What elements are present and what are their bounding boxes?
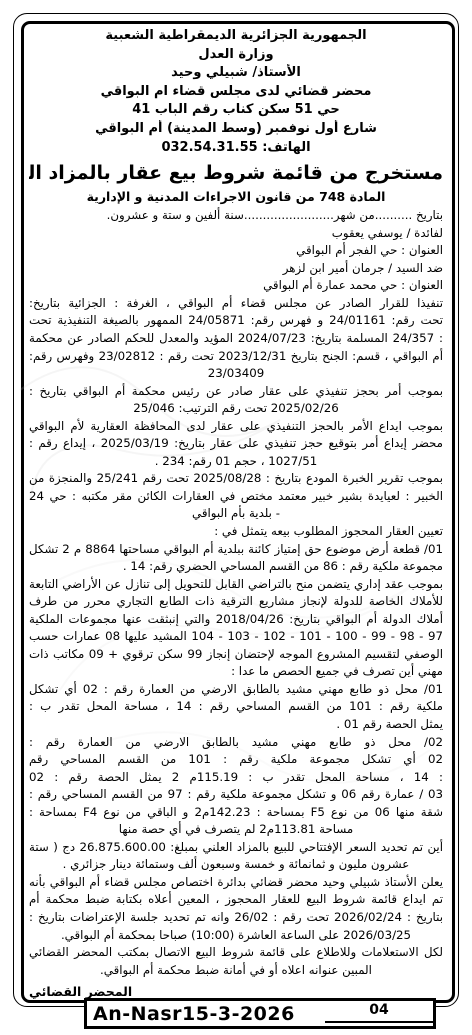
legal-notice-document: الجمهورية الجزائرية الديمقراطية الشعبيةو… — [29, 27, 443, 991]
doc-line: الخبير : لعيايدة بشير خبير معتمد مختص في… — [29, 488, 443, 506]
doc-line: تحت رقم: 24/01161 و فهرس رقم: 24/05871 ا… — [29, 312, 443, 330]
doc-line: يمثل الحصة رقم 01 . — [29, 716, 443, 734]
doc-line: مساحة 113.81م2 لم يتصرف في أي حصة منها — [29, 821, 443, 839]
doc-line: تنفيذا للقرار الصادر عن مجلس قضاء أم الب… — [29, 295, 443, 313]
doc-line: عشرون مليون و ثمانمائة و خمسة وسبعون ألف… — [29, 856, 443, 874]
doc-line: للأملاك الخاصة للدولة لإنجاز مشاريع التر… — [29, 593, 443, 611]
doc-line: 1027/51 ، حجم 01 رقم: 234 . — [29, 453, 443, 471]
notice-title: مستخرج من قائمة شروط بيع عقار بالمزاد ال… — [29, 160, 443, 187]
doc-line: 01/ قطعة أرض موضوع حق إمتياز كائنة ببلدي… — [29, 541, 443, 559]
notice-body: بتاريخ ..........من شهر.................… — [29, 207, 443, 1001]
notice-legal-article: المادة 748 من قانون الاجراءات المدنية و … — [29, 187, 443, 206]
doc-line: أملاك الدولة أم البواقي بتاريخ: 2018/04/… — [29, 611, 443, 629]
letterhead-line: شارع أول نوفمبر (وسط المدينة) أم البواقي — [29, 120, 443, 139]
doc-line: تم ايداع قائمة شروط البيع للعقار المحجوز… — [29, 891, 443, 909]
doc-line: بتاريخ ..........من شهر.................… — [29, 207, 443, 225]
newspaper-clipping-tag: An-Nasr15-3-2026 04 — [84, 998, 436, 1029]
letterhead-line: الهاتف: 032.54.31.55 — [29, 139, 443, 158]
doc-line: العنوان : حي محمد عمارة أم البواقي — [29, 277, 443, 295]
doc-line: 03 / عمارة رقم 06 و تشكل مجموعة ملكية رق… — [29, 786, 443, 804]
doc-line: يعلن الأستاذ شبيلي وحيد محضر قضائي بدائر… — [29, 874, 443, 892]
doc-line: 2026/03/25 على الساعة العاشرة (10:00) صب… — [29, 927, 443, 945]
doc-line: لفائدة / يوسفي يعقوب — [29, 225, 443, 243]
doc-line: 23/03409 — [29, 365, 443, 383]
doc-line: 02 أي تشكل مجموعة ملكية رقم : 101 من الق… — [29, 751, 443, 769]
doc-line: بموجب تقرير الخبرة المودع بتاريخ : 2025/… — [29, 470, 443, 488]
doc-line: الوصفي لتقسيم المشروع الموجه لإحتضان إنج… — [29, 646, 443, 664]
doc-line: تعيين العقار المحجوز المطلوب بيعه يتمثل … — [29, 523, 443, 541]
doc-line: ملكية رقم : 101 من القسم المساحي رقم : 1… — [29, 698, 443, 716]
doc-line: بتاريخ : 2026/02/24 تحت رقم : 26/02 وانه… — [29, 909, 443, 927]
doc-line: مجموعة ملكية رقم : 86 من القسم المساحي ا… — [29, 558, 443, 576]
doc-line: بموجب ايداع الأمر بالحجز التنفيذي على عق… — [29, 418, 443, 436]
doc-line: بموجب عقد إداري يتضمن منح بالتراضي القاب… — [29, 576, 443, 594]
doc-line: المبين عنوانه اعلاه أو في أمانة ضبط محكم… — [29, 962, 443, 980]
doc-line: لكل الاستعلامات وللاطلاع على قائمة شروط … — [29, 944, 443, 962]
doc-line: 02/ محل ذو طابع مهني مشيد بالطابق الارضي… — [29, 734, 443, 752]
doc-line: 97 - 98 - 99 - 100 - 101 - 102 - 103 - 1… — [29, 628, 443, 646]
doc-line: : 14 ، مساحة المحل تقدر ب : 115.19م 2 يم… — [29, 769, 443, 787]
doc-line: ضد السيد / جرمان أمير ابن لزهر — [29, 260, 443, 278]
doc-line: 01/ محل ذو طابع مهني مشيد بالطابق الارضي… — [29, 681, 443, 699]
doc-line: مهني أين تصرف في جميع الحصص ما عدا : — [29, 663, 443, 681]
doc-line: - بلدية بأم البواقي — [29, 505, 443, 523]
page-number: 04 — [325, 1002, 433, 1023]
doc-line: شقة منها 06 من نوع F5 بمساحة : 142.23م2 … — [29, 804, 443, 822]
doc-line: أين تم تحديد السعر الإفتتاحي للبيع بالمز… — [29, 839, 443, 857]
letterhead: الجمهورية الجزائرية الديمقراطية الشعبيةو… — [29, 27, 443, 157]
newspaper-name-date: An-Nasr15-3-2026 — [87, 1003, 295, 1025]
letterhead-line: الجمهورية الجزائرية الديمقراطية الشعبية — [29, 27, 443, 46]
letterhead-line: محضر قضائي لدى مجلس قضاء ام البواقي — [29, 83, 443, 102]
doc-line: أم البواقي ، قسم: الجنح بتاريخ 2023/12/3… — [29, 348, 443, 366]
doc-line: العنوان : حي الفجر أم البواقي — [29, 242, 443, 260]
doc-line: : 24/357 المسلمة بتاريخ: 2024/07/23 المؤ… — [29, 330, 443, 348]
letterhead-line: وزارة العدل — [29, 46, 443, 65]
doc-line: 2025/02/26 تحت رقم الترتيب: 25/046 — [29, 400, 443, 418]
letterhead-line: حي 51 سكن كناب رقم الباب 41 — [29, 101, 443, 120]
doc-line: محضر إيداع أمر بتوقيع حجز تنفيذي على عقا… — [29, 435, 443, 453]
doc-line: بموجب أمر بحجز تنفيذي على عقار صادر عن ر… — [29, 383, 443, 401]
letterhead-line: الأستاذ/ شبيلي وحيد — [29, 64, 443, 83]
